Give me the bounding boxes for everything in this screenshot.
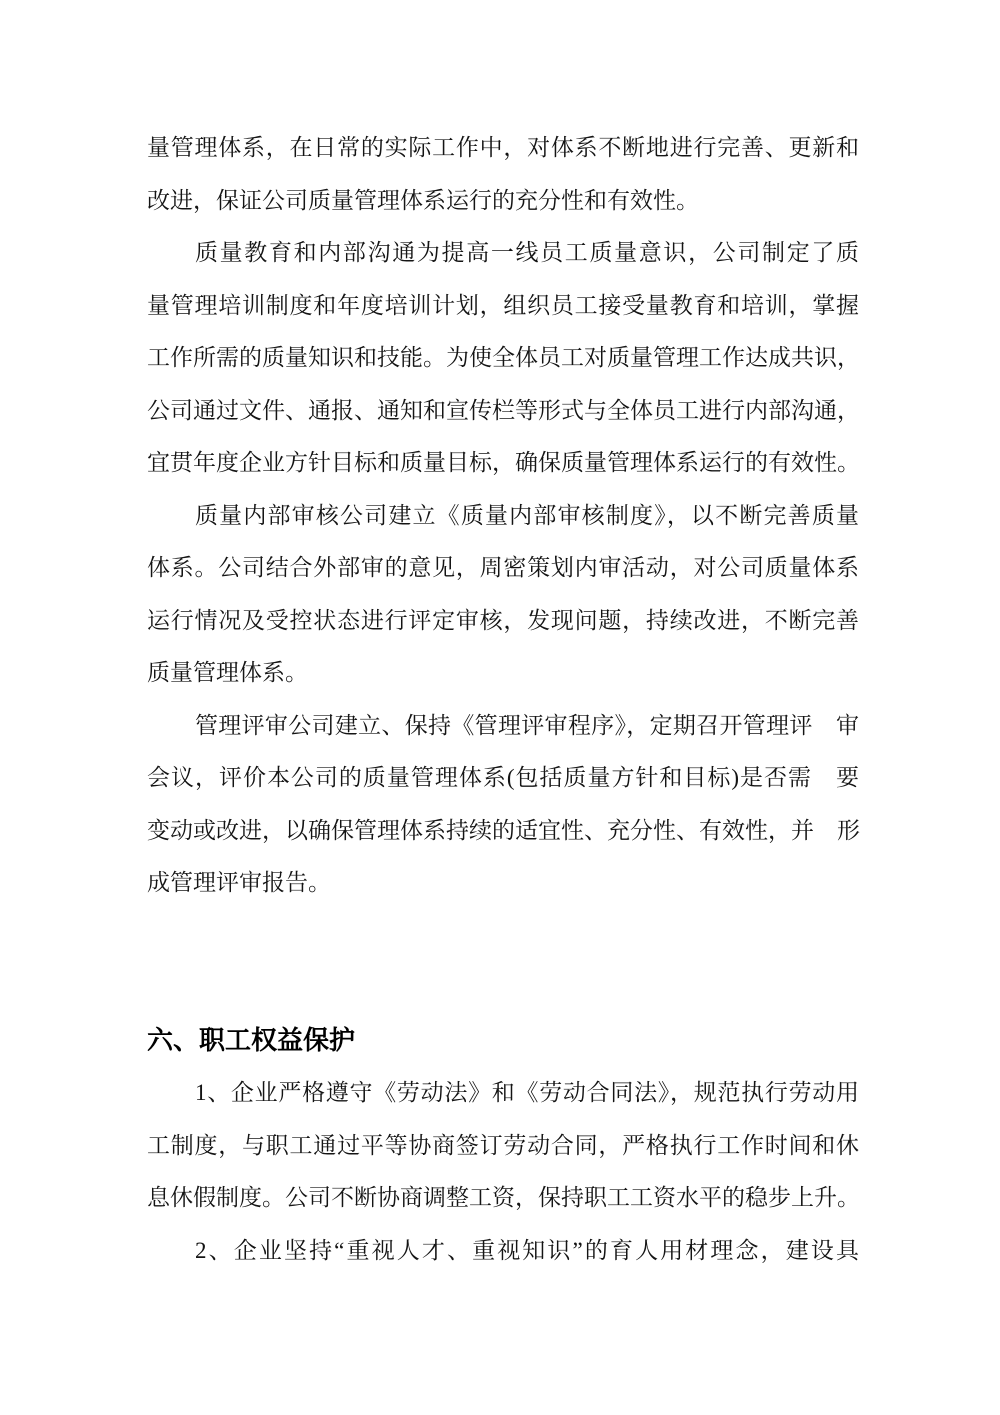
text-line: 成管理评审报告。 xyxy=(147,857,859,910)
blank-line xyxy=(147,910,859,963)
text-line: 体系。公司结合外部审的意见，周密策划内审活动，对公司质量体系 xyxy=(147,542,859,595)
text-line: 变动或改进，以确保管理体系持续的适宜性、充分性、有效性，并 形 xyxy=(147,805,859,858)
document-page: 量管理体系，在日常的实际工作中，对体系不断地进行完善、更新和改进，保证公司质量管… xyxy=(0,0,1000,1415)
text-column: 量管理体系，在日常的实际工作中，对体系不断地进行完善、更新和改进，保证公司质量管… xyxy=(147,122,859,1277)
text-line: 1、企业严格遵守《劳动法》和《劳动合同法》，规范执行劳动用 xyxy=(147,1067,859,1120)
text-line: 运行情况及受控状态进行评定审核，发现问题，持续改进，不断完善 xyxy=(147,595,859,648)
text-line: 息休假制度。公司不断协商调整工资，保持职工工资水平的稳步上升。 xyxy=(147,1172,859,1225)
blank-line xyxy=(147,962,859,1015)
text-line: 公司通过文件、通报、通知和宣传栏等形式与全体员工进行内部沟通， xyxy=(147,385,859,438)
text-line: 管理评审公司建立、保持《管理评审程序》，定期召开管理评 审 xyxy=(147,700,859,753)
text-line: 会议，评价本公司的质量管理体系(包括质量方针和目标)是否需 要 xyxy=(147,752,859,805)
text-line: 质量内部审核公司建立《质量内部审核制度》，以不断完善质量 xyxy=(147,490,859,543)
section-heading: 六、职工权益保护 xyxy=(147,1015,859,1068)
text-line: 量管理体系，在日常的实际工作中，对体系不断地进行完善、更新和 xyxy=(147,122,859,175)
text-line: 宜贯年度企业方针目标和质量目标，确保质量管理体系运行的有效性。 xyxy=(147,437,859,490)
text-line: 质量教育和内部沟通为提高一线员工质量意识，公司制定了质 xyxy=(147,227,859,280)
text-line: 改进，保证公司质量管理体系运行的充分性和有效性。 xyxy=(147,175,859,228)
text-line: 工作所需的质量知识和技能。为使全体员工对质量管理工作达成共识， xyxy=(147,332,859,385)
text-line: 量管理培训制度和年度培训计划，组织员工接受量教育和培训，掌握 xyxy=(147,280,859,333)
text-line: 2、企业坚持“重视人才、重视知识”的育人用材理念，建设具 xyxy=(147,1225,859,1278)
text-line: 质量管理体系。 xyxy=(147,647,859,700)
text-line: 工制度，与职工通过平等协商签订劳动合同，严格执行工作时间和休 xyxy=(147,1120,859,1173)
